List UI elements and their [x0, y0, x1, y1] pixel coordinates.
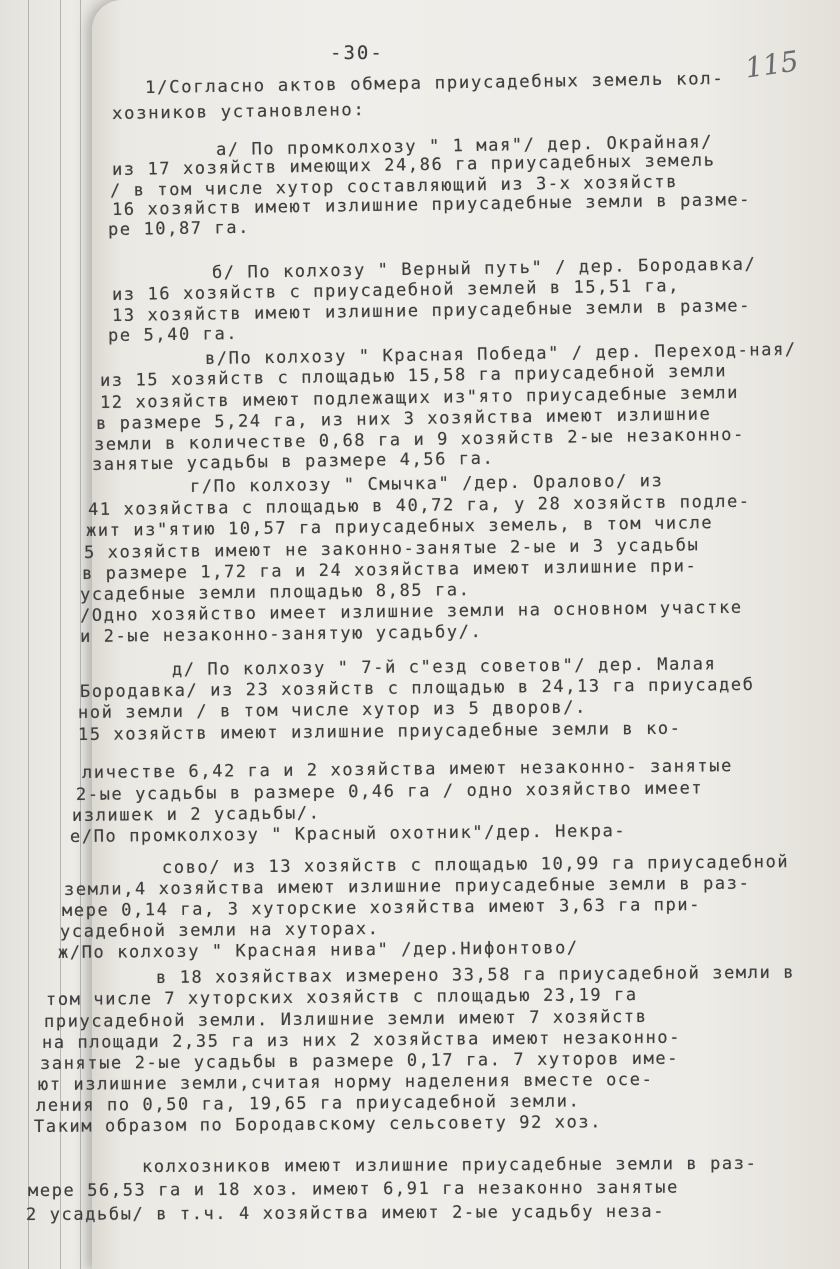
typed-line: ре 5,40 га.	[108, 324, 238, 346]
typed-line: ре 10,87 га.	[108, 218, 250, 240]
typed-line: колхозников имеют излишние приусадебные …	[142, 1154, 758, 1177]
typed-line: излишек и 2 усадьбы/.	[72, 803, 321, 826]
typed-line: усадебной земли на хуторах.	[60, 919, 380, 942]
ruled-line	[28, 0, 29, 1269]
typed-line: 2 усадьбы/ в т.ч. 4 хозяйства имеют 2-ые…	[26, 1202, 665, 1225]
typed-line: мере 56,53 га и 18 хоз. имеют 6,91 га не…	[28, 1178, 679, 1201]
page-number: -30-	[330, 42, 384, 64]
typed-line: хозников установлено:	[112, 100, 366, 124]
